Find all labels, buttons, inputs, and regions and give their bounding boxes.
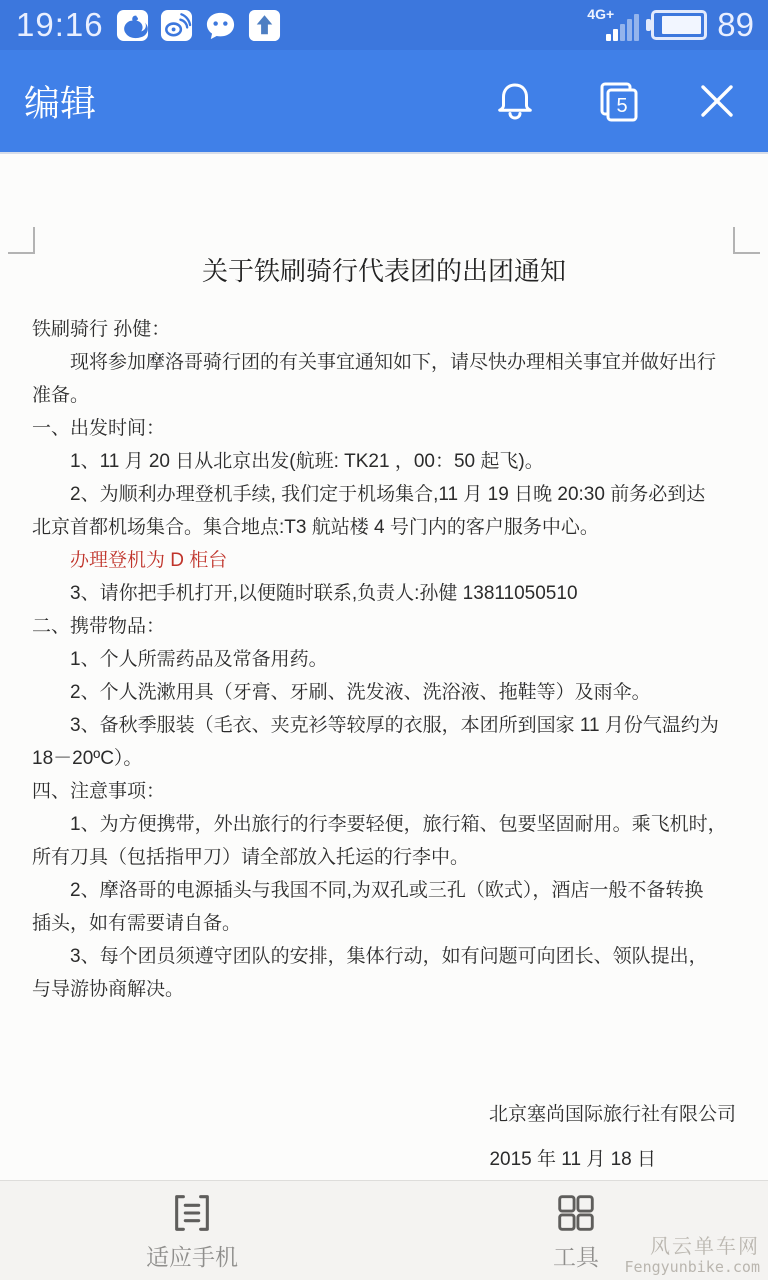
page-margin-mark-right xyxy=(733,227,760,254)
doc-line: 插头，如有需要请自备。 xyxy=(32,907,736,940)
doc-line: 2015 年 11 月 18 日 xyxy=(32,1143,736,1176)
doc-line: 准备。 xyxy=(32,379,736,412)
doc-line: 3、备秋季服装（毛衣、夹克衫等较厚的衣服，本团所到国家 11 月份气温约为 xyxy=(32,709,736,742)
fit-to-phone-icon xyxy=(169,1190,215,1236)
app-toolbar: 编辑 5 xyxy=(0,50,768,152)
edit-button[interactable]: 编辑 xyxy=(24,76,96,127)
doc-line: 现将参加摩洛哥骑行团的有关事宜通知如下，请尽快办理相关事宜并做好出行 xyxy=(32,346,736,379)
doc-spacer xyxy=(32,1006,736,1098)
doc-line: 3、请你把手机打开,以便随时联系,负责人:孙健 13811050510 xyxy=(32,577,736,610)
doc-line: 1、个人所需药品及常备用药。 xyxy=(32,643,736,676)
document-content: 关于铁刷骑行代表团的出团通知铁刷骑行 孙健：现将参加摩洛哥骑行团的有关事宜通知如… xyxy=(0,251,768,1176)
signal-strength-icon: 4G+ xyxy=(587,6,639,44)
notification-bell-icon[interactable] xyxy=(492,78,538,124)
page-margin-mark-left xyxy=(8,227,35,254)
phone-screen: 19:16 xyxy=(0,0,768,1280)
doc-spacer xyxy=(32,291,736,313)
fit-to-phone-button[interactable]: 适应手机 xyxy=(0,1181,384,1280)
document-title: 关于铁刷骑行代表团的出团通知 xyxy=(32,251,736,291)
uc-browser-icon xyxy=(116,9,149,42)
weibo-icon xyxy=(160,9,193,42)
tools-button[interactable]: 工具 xyxy=(384,1181,768,1280)
doc-line: 一、出发时间： xyxy=(32,412,736,445)
wechat-icon xyxy=(204,9,237,42)
upload-icon xyxy=(248,9,281,42)
doc-line: 二、携带物品： xyxy=(32,610,736,643)
bottom-toolbar: 适应手机 工具 xyxy=(0,1180,768,1280)
close-icon[interactable] xyxy=(694,78,740,124)
doc-line: 1、11 月 20 日从北京出发(航班: TK21 ，00：50 起飞)。 xyxy=(32,445,736,478)
status-bar: 19:16 xyxy=(0,0,768,50)
window-count-badge: 5 xyxy=(616,95,627,117)
tools-label: 工具 xyxy=(553,1239,599,1272)
doc-line: 四、注意事项： xyxy=(32,775,736,808)
doc-line: 北京首都机场集合。集合地点:T3 航站楼 4 号门内的客户服务中心。 xyxy=(32,511,736,544)
tools-grid-icon xyxy=(553,1190,599,1236)
doc-line: 与导游协商解决。 xyxy=(32,973,736,1006)
doc-line: 2、摩洛哥的电源插头与我国不同,为双孔或三孔（欧式），酒店一般不备转换 xyxy=(32,874,736,907)
doc-line: 1、为方便携带，外出旅行的行李要轻便，旅行箱、包要坚固耐用。乘飞机时， xyxy=(32,808,736,841)
window-count-icon[interactable]: 5 xyxy=(594,78,640,124)
doc-line: 2、个人洗漱用具（牙膏、牙刷、洗发液、洗浴液、拖鞋等）及雨伞。 xyxy=(32,676,736,709)
doc-line: 3、每个团员须遵守团队的安排，集体行动，如有问题可向团长、领队提出， xyxy=(32,940,736,973)
notification-icons xyxy=(116,9,281,42)
fit-to-phone-label: 适应手机 xyxy=(146,1239,238,1272)
doc-line: 2、为顺利办理登机手续, 我们定于机场集合,11 月 19 日晚 20:30 前… xyxy=(32,478,736,511)
doc-line: 铁刷骑行 孙健： xyxy=(32,313,736,346)
doc-spacer xyxy=(32,1131,736,1143)
battery-icon xyxy=(651,10,707,40)
doc-line-highlight: 办理登机为 D 柜台 xyxy=(32,544,736,577)
battery-percent: 89 xyxy=(717,6,754,44)
clock: 19:16 xyxy=(16,6,104,44)
document-page[interactable]: 关于铁刷骑行代表团的出团通知铁刷骑行 孙健：现将参加摩洛哥骑行团的有关事宜通知如… xyxy=(0,152,768,1180)
status-indicators: 4G+ 89 xyxy=(587,6,758,44)
doc-line: 18－20ºC）。 xyxy=(32,742,736,775)
doc-line: 北京塞尚国际旅行社有限公司 xyxy=(32,1098,736,1131)
doc-line: 所有刀具（包括指甲刀）请全部放入托运的行李中。 xyxy=(32,841,736,874)
